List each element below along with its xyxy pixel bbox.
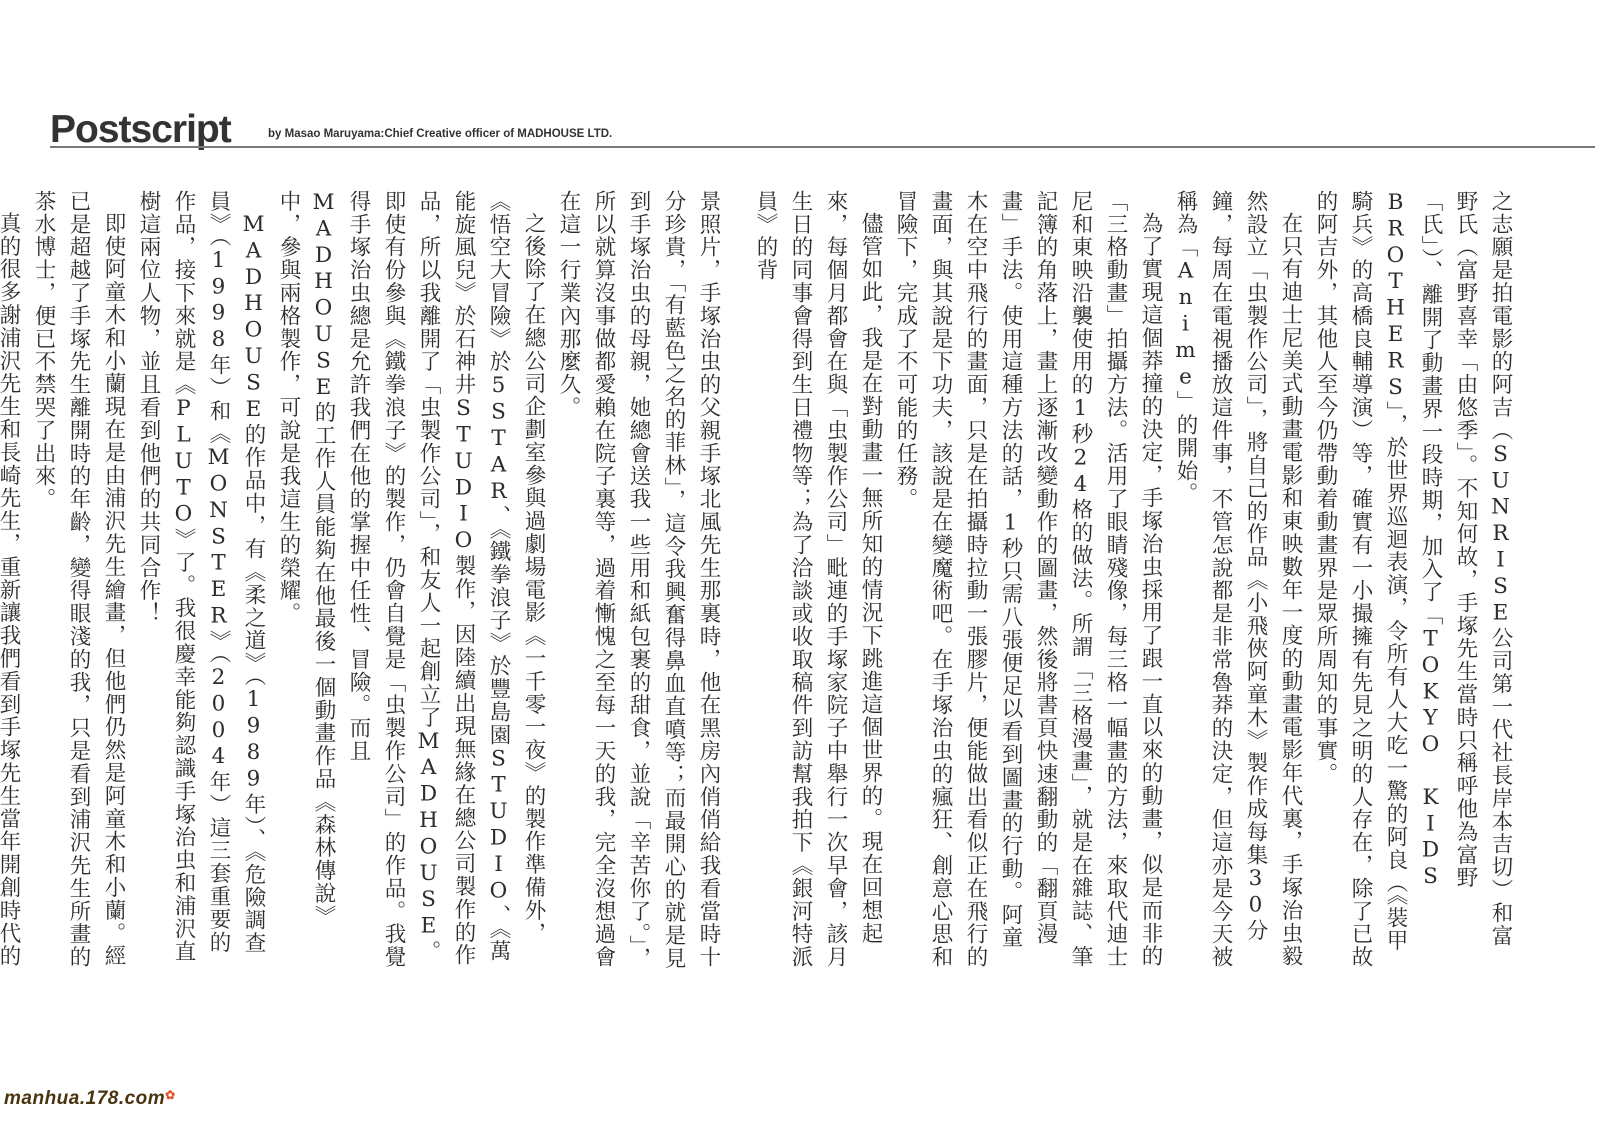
paragraph: 之志願是拍電影的阿吉（SUNRISE公司第一代社長岸本吉切）和富野氏（富野喜幸「…	[1308, 190, 1518, 970]
left-text-column-block: 景照片，手塚治虫的父親手塚北風先生那裏時，他在黑房內俏俏給我看當時十分珍貴，「有…	[48, 190, 726, 970]
paragraph: 真的很多謝浦沢先生和長崎先生，重新讓我們看到手塚先生當年開創時代的那股莽撞和偉大…	[0, 190, 26, 970]
author-byline: by Masao Maruyama:Chief Creative officer…	[268, 128, 612, 140]
site-watermark: manhua.178.com✿	[4, 1088, 176, 1110]
paragraph: 在只有迪士尼美式動畫電影和東映數年一度的動畫電影年代裏，手塚治虫毅然設立「虫製作…	[1168, 190, 1308, 970]
paragraph: 儘管如此，我是在對動畫一無所知的情況下跳進這個世界的。現在回想起來，每個月都會在…	[748, 190, 888, 970]
right-text-column-block: 之志願是拍電影的阿吉（SUNRISE公司第一代社長岸本吉切）和富野氏（富野喜幸「…	[832, 190, 1518, 970]
paragraph: MADHOUSE的作品中，有《柔之道》（1989年）、《危險調查員》（1998年…	[131, 190, 271, 970]
paragraph: 景照片，手塚治虫的父親手塚北風先生那裏時，他在黑房內俏俏給我看當時十分珍貴，「有…	[551, 190, 726, 970]
flower-icon: ✿	[165, 1088, 176, 1102]
paragraph: 為了實現這個莽撞的決定，手塚治虫採用了跟一直以來的動畫，似是而非的「三格動畫」拍…	[888, 190, 1168, 970]
header-divider	[50, 146, 1595, 148]
watermark-text: manhua.178.com	[4, 1088, 165, 1109]
paragraph: 即使阿童木和小蘭現在是由浦沢先生繪畫，但他們仍然是阿童木和小蘭。經已是超越了手塚…	[26, 190, 131, 970]
paragraph: 之後除了在總公司企劃室參與過劇場電影《一千零一夜》的製作準備外，《悟空大冒險》於…	[271, 190, 551, 970]
postscript-header: Postscript by Masao Maruyama:Chief Creat…	[50, 108, 1595, 152]
